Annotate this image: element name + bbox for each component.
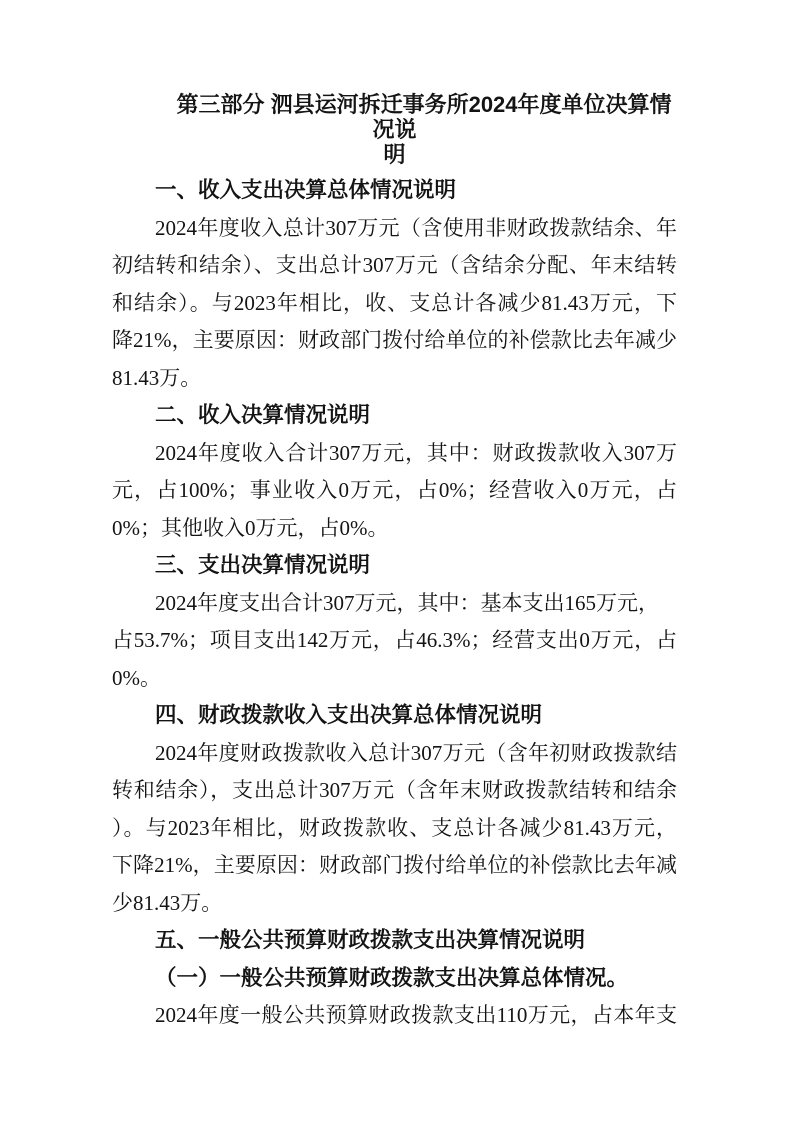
text-line: 2024年度财政拨款收入总计307万元（含年初财政拨款结 [112, 735, 677, 773]
section-heading-income-expense-overview: 一、收入支出决算总体情况说明 [112, 172, 677, 210]
paragraph-expense-statement: 2024年度支出合计307万元，其中：基本支出165万元， 占53.7%；项目支… [112, 585, 677, 698]
section-heading-fiscal-appropriation-overview: 四、财政拨款收入支出决算总体情况说明 [112, 697, 677, 735]
text-line: 0%。 [112, 660, 677, 698]
text-line: 占53.7%；项目支出142万元，占46.3%；经营支出0万元，占 [112, 622, 677, 660]
section-heading-expense-statement: 三、支出决算情况说明 [112, 547, 677, 585]
section-heading-general-public-budget-expense: 五、一般公共预算财政拨款支出决算情况说明 [112, 922, 677, 960]
text-line: 少81.43万。 [112, 885, 677, 923]
paragraph-income-expense-overview: 2024年度收入总计307万元（含使用非财政拨款结余、年 初结转和结余）、支出总… [112, 210, 677, 398]
title-line: 明 [112, 142, 677, 167]
paragraph-general-public-budget-expense: 2024年度一般公共预算财政拨款支出110万元，占本年支 [112, 997, 677, 1035]
text-line: 0%；其他收入0万元，占0%。 [112, 510, 677, 548]
text-line: 下降21%，主要原因：财政部门拨付给单位的补偿款比去年减 [112, 847, 677, 885]
text-line: 降21%，主要原因：财政部门拨付给单位的补偿款比去年减少 [112, 322, 677, 360]
title-line: 第三部分 泗县运河拆迁事务所2024年度单位决算情况说 [112, 92, 677, 142]
section-heading-income-statement: 二、收入决算情况说明 [112, 397, 677, 435]
text-line: 转和结余），支出总计307万元（含年末财政拨款结转和结余 [112, 772, 677, 810]
text-line: 81.43万。 [112, 360, 677, 398]
text-line: 2024年度一般公共预算财政拨款支出110万元，占本年支 [112, 997, 677, 1035]
paragraph-income-statement: 2024年度收入合计307万元，其中：财政拨款收入307万 元，占100%；事业… [112, 435, 677, 548]
text-line: 2024年度收入总计307万元（含使用非财政拨款结余、年 [112, 210, 677, 248]
text-line: 2024年度收入合计307万元，其中：财政拨款收入307万 [112, 435, 677, 473]
text-line: 和结余）。与2023年相比，收、支总计各减少81.43万元，下 [112, 285, 677, 323]
text-line: 初结转和结余）、支出总计307万元（含结余分配、年末结转 [112, 247, 677, 285]
subsection-heading-general-public-budget-overview: （一）一般公共预算财政拨款支出决算总体情况。 [112, 960, 677, 998]
paragraph-fiscal-appropriation-overview: 2024年度财政拨款收入总计307万元（含年初财政拨款结 转和结余），支出总计3… [112, 735, 677, 923]
document-content: 第三部分 泗县运河拆迁事务所2024年度单位决算情况说 明 一、收入支出决算总体… [112, 92, 677, 1035]
document-title: 第三部分 泗县运河拆迁事务所2024年度单位决算情况说 明 [112, 92, 677, 167]
text-line: ）。与2023年相比，财政拨款收、支总计各减少81.43万元， [112, 810, 677, 848]
document-page: 第三部分 泗县运河拆迁事务所2024年度单位决算情况说 明 一、收入支出决算总体… [0, 0, 793, 1122]
text-line: 元，占100%；事业收入0万元，占0%；经营收入0万元，占 [112, 472, 677, 510]
text-line: 2024年度支出合计307万元，其中：基本支出165万元， [112, 585, 677, 623]
